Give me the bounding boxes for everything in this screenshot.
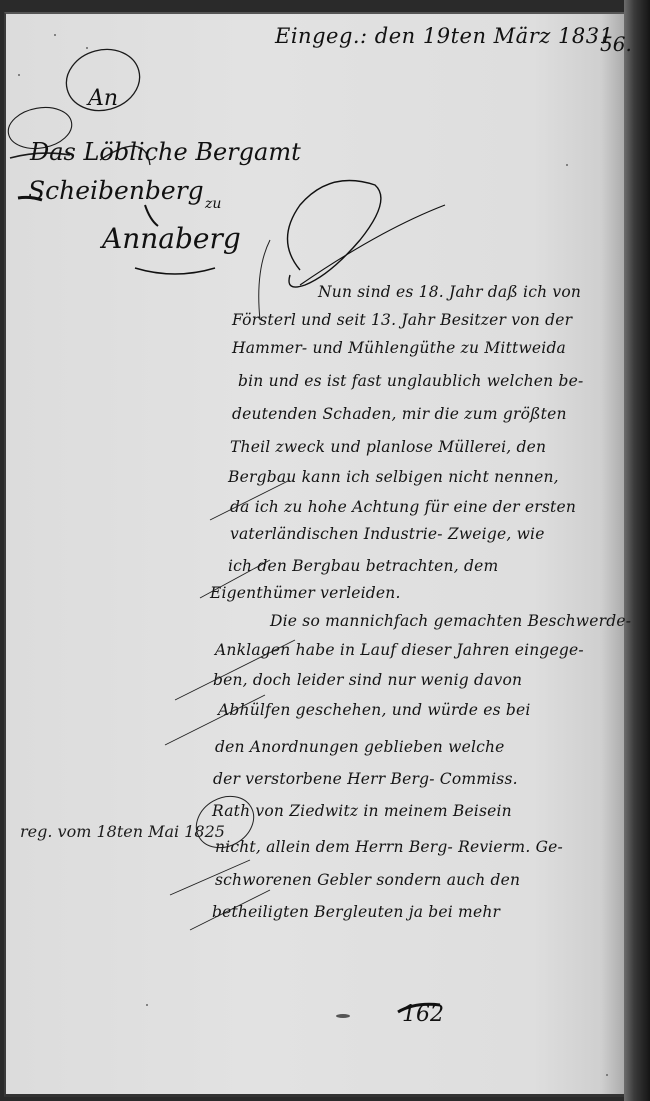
address-line-2-suffix: zu <box>205 196 221 212</box>
body-line: deutenden Schaden, mir die zum größten <box>232 405 567 423</box>
body-line: nicht, allein dem Herrn Berg- Revierm. G… <box>215 838 563 856</box>
body-line: Eigenthümer verleiden. <box>210 584 401 602</box>
body-line: Theil zweck und planlose Müllerei, den <box>230 438 546 456</box>
body-line: Abhülfen geschehen, und würde es bei <box>218 701 531 719</box>
paper-speck <box>86 47 88 49</box>
body-line: Anklagen habe in Lauf dieser Jahren eing… <box>215 641 584 659</box>
body-line: schworenen Gebler sondern auch den <box>215 871 520 889</box>
body-line: Rath von Ziedwitz in meinem Beisein <box>212 802 512 820</box>
book-binding-edge <box>624 0 650 1101</box>
scanned-document: Eingeg.: den 19ten März 1831 56. An Das … <box>0 0 650 1101</box>
body-line: betheiligten Bergleuten ja bei mehr <box>212 903 500 921</box>
ink-smudge <box>336 1014 350 1018</box>
paper-speck <box>18 74 20 76</box>
body-line: ich den Bergbau betrachten, dem <box>228 557 498 575</box>
body-line: Nun sind es 18. Jahr daß ich von <box>318 283 581 301</box>
received-date-note: Eingeg.: den 19ten März 1831 <box>275 24 613 48</box>
paper-speck <box>146 1004 148 1006</box>
folio-number: 56. <box>600 32 632 56</box>
paper-speck <box>54 34 56 36</box>
body-line: Die so mannichfach gemachten Beschwerde- <box>270 612 631 630</box>
margin-registration-note: reg. vom 18ten Mai 1825 <box>20 822 225 841</box>
address-line-2: Scheibenberg <box>28 176 204 205</box>
body-line: ben, doch leider sind nur wenig davon <box>213 671 522 689</box>
address-salutation: An <box>88 86 118 111</box>
paper-speck <box>606 1074 608 1076</box>
body-line: da ich zu hohe Achtung für eine der erst… <box>230 498 576 516</box>
address-line-1: Das Löbliche Bergamt <box>30 138 301 166</box>
body-line: Hammer- und Mühlengüthe zu Mittweida <box>232 339 566 357</box>
body-line: Bergbau kann ich selbigen nicht nennen, <box>228 468 559 486</box>
body-line: vaterländischen Industrie- Zweige, wie <box>230 525 545 543</box>
address-line-3: Annaberg <box>102 222 241 255</box>
body-line: der verstorbene Herr Berg- Commiss. <box>213 770 518 788</box>
body-line: bin und es ist fast unglaublich welchen … <box>238 372 583 390</box>
body-line: den Anordnungen geblieben welche <box>215 738 505 756</box>
paper-page <box>4 12 626 1097</box>
paper-speck <box>566 164 568 166</box>
body-line: Försterl und seit 13. Jahr Besitzer von … <box>232 311 572 329</box>
page-number: 162 <box>402 1002 444 1027</box>
